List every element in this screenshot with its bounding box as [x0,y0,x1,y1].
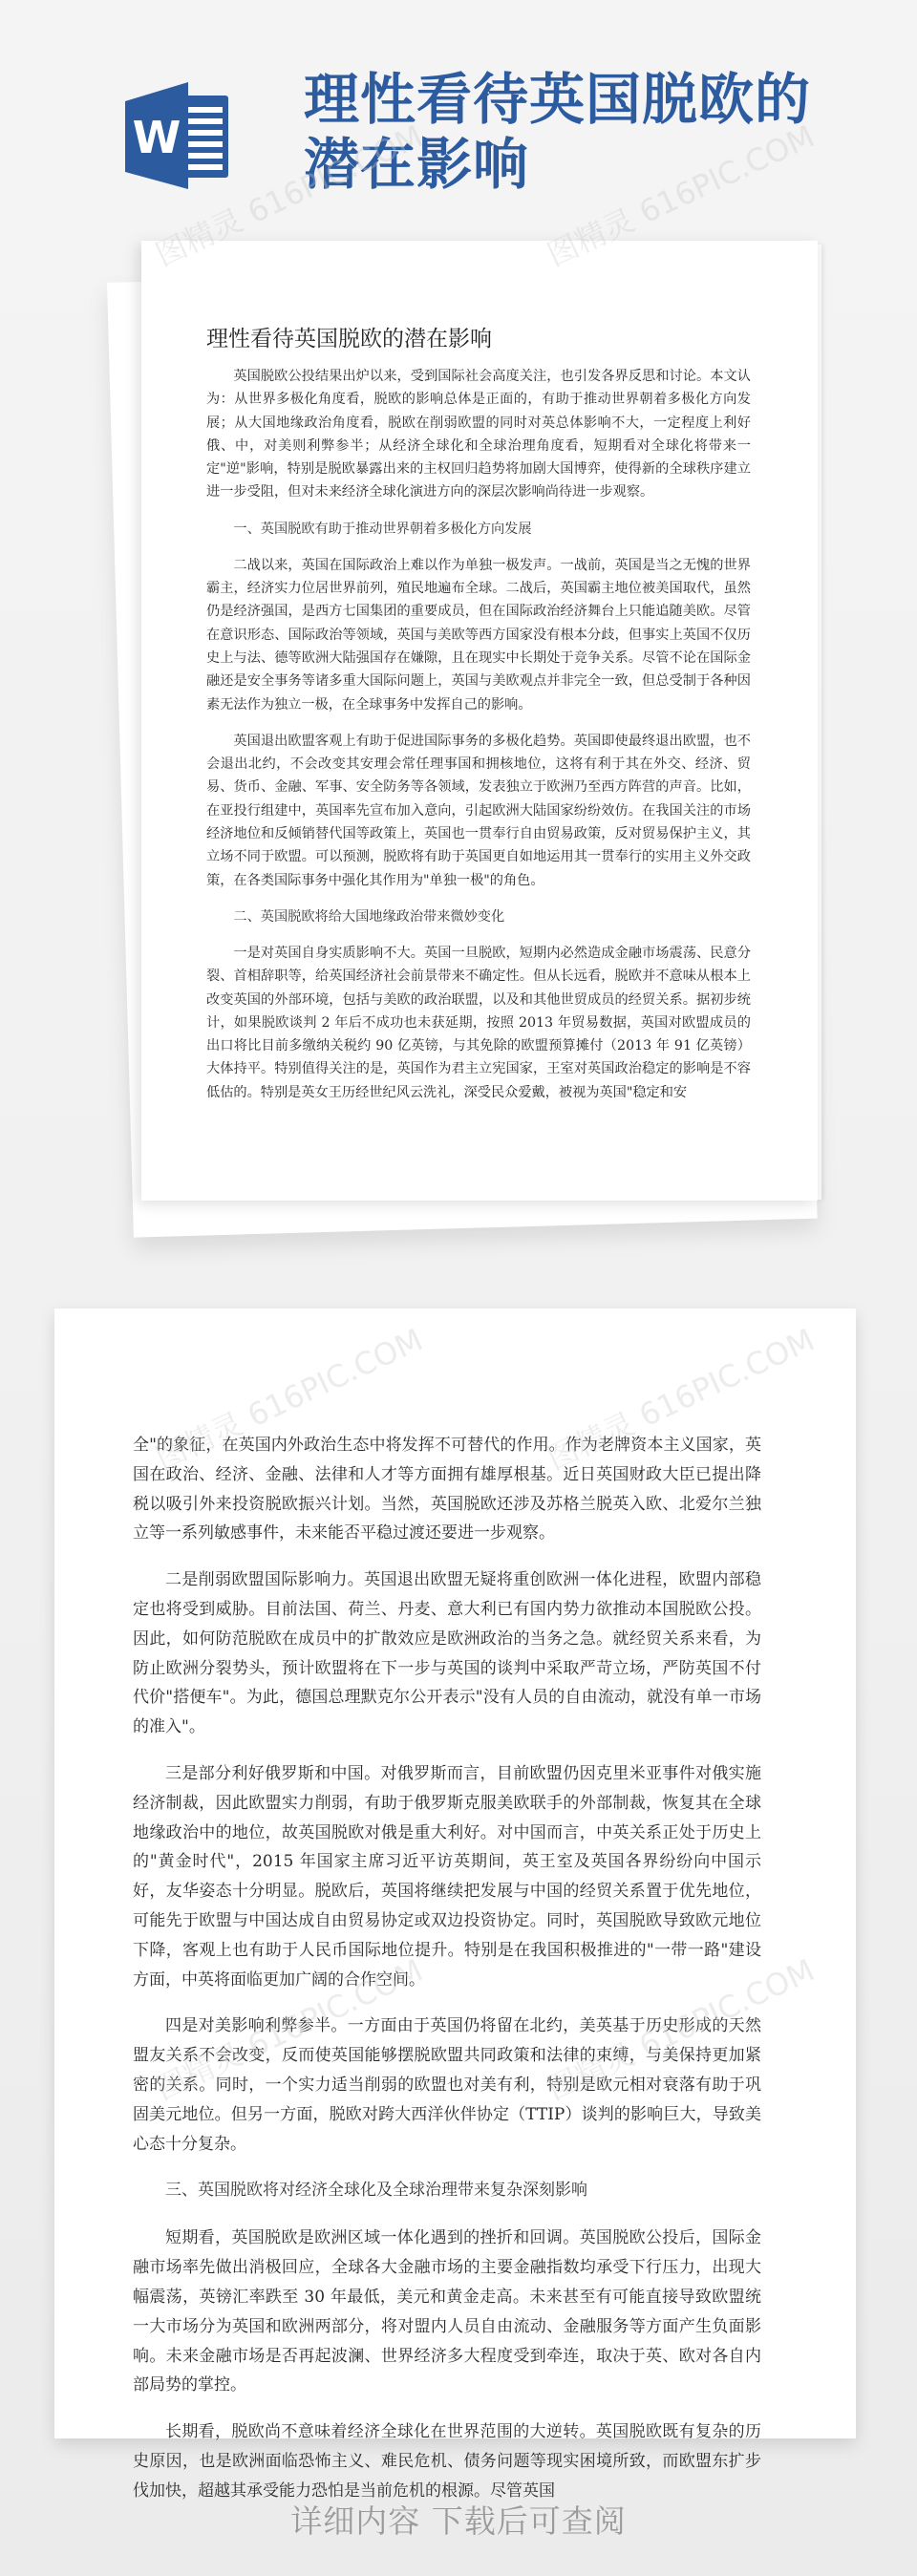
paragraph: 二战以来，英国在国际政治上难以作为单独一极发声。一战前，英国是当之无愧的世界霸主… [206,554,751,716]
header: W 理性看待英国脱欧的潜在影响 [0,0,917,229]
section-heading-1: 一、英国脱欧有助于推动世界朝着多极化方向发展 [206,518,751,541]
svg-text:W: W [133,112,181,163]
page-2-body: 全"的象征，在英国内外政治生态中将发挥不可替代的作用。作为老牌资本主义国家，英国… [133,1431,761,2523]
paragraph: 英国退出欧盟客观上有助于促进国际事务的多极化趋势。英国即使最终退出欧盟，也不会退… [206,730,751,892]
word-document-icon: W [125,80,232,191]
paragraph: 长期看，脱欧尚不意味着经济全球化在世界范围的大逆转。英国脱欧既有复杂的历史原因，… [133,2417,761,2505]
paragraph: 一是对英国自身实质影响不大。英国一旦脱欧，短期内必然造成金融市场震荡、民意分裂、… [206,942,751,1104]
paragraph: 二是削弱欧盟国际影响力。英国退出欧盟无疑将重创欧洲一体化进程，欧盟内部稳定也将受… [133,1565,761,1742]
document-page-2: 全"的象征，在英国内外政治生态中将发挥不可替代的作用。作为老牌资本主义国家，英国… [54,1309,856,2438]
paragraph-continued: 全"的象征，在英国内外政治生态中将发挥不可替代的作用。作为老牌资本主义国家，英国… [133,1431,761,1548]
paragraph-abstract: 英国脱欧公投结果出炉以来，受到国际社会高度关注，也引发各界反思和讨论。本文认为：… [206,365,751,504]
paragraph: 短期看，英国脱欧是欧洲区域一体化遇到的挫折和回调。英国脱欧公投后，国际金融市场率… [133,2224,761,2400]
section-heading-3: 三、英国脱欧将对经济全球化及全球治理带来复杂深刻影响 [133,2176,761,2204]
section-heading-2: 二、英国脱欧将给大国地缘政治带来微妙变化 [206,905,751,928]
download-prompt[interactable]: 详细内容 下载后可查阅 [0,2497,917,2542]
document-title: 理性看待英国脱欧的潜在影响 [206,321,492,352]
document-page-1: 理性看待英国脱欧的潜在影响 英国脱欧公投结果出炉以来，受到国际社会高度关注，也引… [141,241,818,1201]
page-title: 理性看待英国脱欧的潜在影响 [304,67,839,197]
paragraph: 三是部分利好俄罗斯和中国。对俄罗斯而言，目前欧盟仍因克里米亚事件对俄实施经济制裁… [133,1759,761,1994]
page-1-body: 英国脱欧公投结果出炉以来，受到国际社会高度关注，也引发各界反思和讨论。本文认为：… [206,365,751,1118]
paragraph: 四是对美影响利弊参半。一方面由于英国仍将留在北约，美英基于历史形成的天然盟友关系… [133,2012,761,2159]
